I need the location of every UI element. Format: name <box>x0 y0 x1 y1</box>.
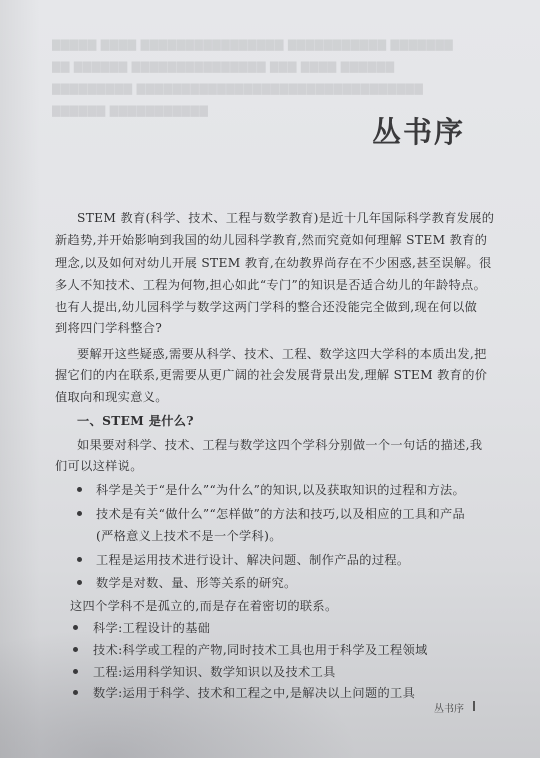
bullet-icon <box>77 580 82 585</box>
bleed-through-text: ▇▇▇▇▇ ▇▇▇▇ ▇▇▇▇▇▇▇▇▇▇▇▇▇▇▇▇ ▇▇▇▇▇▇▇▇▇▇▇ … <box>52 34 460 56</box>
bullet-icon <box>77 557 82 562</box>
definition-technology-line-1: 技术是有关“做什么”“怎样做”的方法和技巧,以及相应的工具和产品 <box>96 506 506 522</box>
paragraph-1-line-2: 新趋势,并开始影响到我国的幼儿园科学教育,然而究竟如何理解 STEM 教育的 <box>55 232 465 248</box>
definition-mathematics: 数学是对数、量、形等关系的研究。 <box>96 575 506 591</box>
paragraph-2-line-3: 值取向和现实意义。 <box>55 389 465 405</box>
bullet-icon <box>73 669 78 674</box>
connection-technology: 技术:科学或工程的产物,同时技术工具也用于科学及工程领域 <box>93 642 503 658</box>
page-number <box>473 701 475 711</box>
paragraph-2-line-1: 要解开这些疑惑,需要从科学、技术、工程、数学这四大学科的本质出发,把 <box>77 346 487 362</box>
definition-science: 科学是关于“是什么”“为什么”的知识,以及获取知识的过程和方法。 <box>96 482 506 498</box>
connection-engineering: 工程:运用科学知识、数学知识以及技术工具 <box>93 664 503 680</box>
running-head: 丛书序 <box>434 700 464 715</box>
bullet-icon <box>73 690 78 695</box>
bullet-icon <box>73 625 78 630</box>
connection-mathematics: 数学:运用于科学、技术和工程之中,是解决以上问题的工具 <box>93 685 503 701</box>
definition-engineering: 工程是运用技术进行设计、解决问题、制作产品的过程。 <box>96 552 506 568</box>
bleed-through-text: ▇▇ ▇▇▇▇▇▇ ▇▇▇▇▇▇▇▇▇▇▇▇▇▇▇ ▇▇▇ ▇▇▇▇ ▇▇▇▇▇… <box>52 56 460 78</box>
bullet-icon <box>77 487 82 492</box>
connection-science: 科学:工程设计的基础 <box>93 620 503 636</box>
paragraph-1-line-6: 到将四门学科整合? <box>55 320 465 336</box>
bleed-through-text: ▇▇▇▇▇▇ ▇▇▇▇▇▇▇▇▇▇▇ <box>52 100 212 122</box>
intro-line-1: 如果要对科学、技术、工程与数学这四个学科分别做一个一句话的描述,我 <box>77 437 487 453</box>
paragraph-2-line-2: 握它们的内在联系,更需要从更广阔的社会发展背景出发,理解 STEM 教育的价 <box>55 367 465 383</box>
intro-line-2: 们可以这样说。 <box>55 458 465 474</box>
paragraph-1-line-5: 也有人提出,幼儿园科学与数学这两门学科的整合还没能完全做到,现在何以做 <box>55 299 465 315</box>
connection-intro: 这四个学科不是孤立的,而是存在着密切的联系。 <box>70 598 480 614</box>
definition-technology-line-2: (严格意义上技术不是一个学科)。 <box>96 528 506 544</box>
paragraph-1-line-1: STEM 教育(科学、技术、工程与数学教育)是近十几年国际科学教育发展的 <box>77 210 487 226</box>
page-title: 丛书序 <box>372 110 465 151</box>
bleed-through-text: ▇▇▇▇▇▇▇▇▇ ▇▇▇▇▇▇▇▇▇▇▇▇▇▇▇▇▇▇▇▇▇▇▇▇▇▇▇▇▇▇… <box>52 78 460 100</box>
bullet-icon <box>77 511 82 516</box>
bullet-icon <box>73 647 78 652</box>
section-heading: 一、STEM 是什么? <box>77 413 487 429</box>
paragraph-1-line-3: 理念,以及如何对幼儿开展 STEM 教育,在幼教界尚存在不少困惑,甚至误解。很 <box>55 255 465 271</box>
paragraph-1-line-4: 多人不知技术、工程为何物,担心如此“专门”的知识是否适合幼儿的年龄特点。 <box>55 277 465 293</box>
